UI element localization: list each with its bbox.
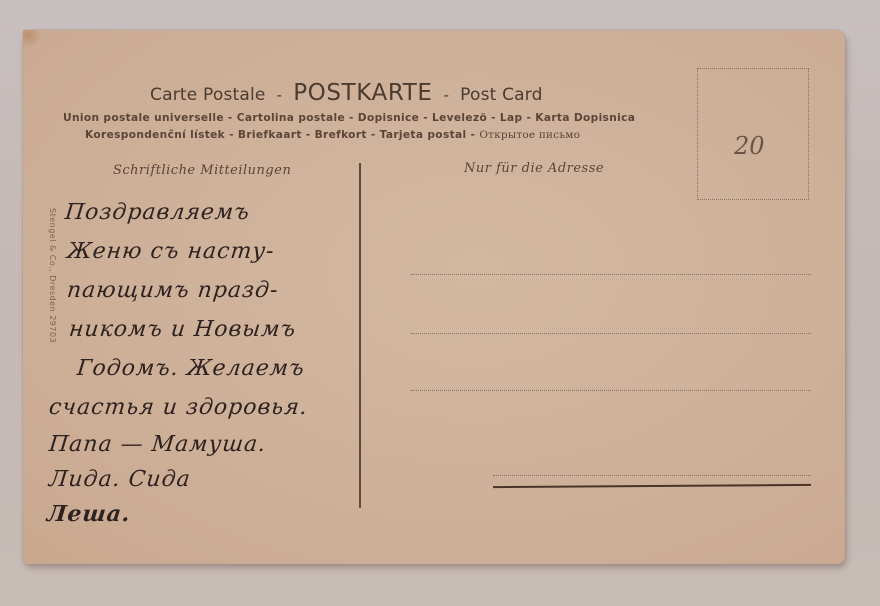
address-line-1 [411,274,811,275]
handwriting-line: счастья и здоровья. [47,388,367,427]
title-separator: - [277,86,282,104]
address-line-3 [411,390,811,391]
languages-line-2-cyrillic: Открытое письмо [479,129,580,141]
stamp-box-pencil-note: 20 [734,132,765,160]
address-underline [493,484,811,488]
title-separator: - [444,86,449,104]
handwriting-line: Папа — Мамуша. [47,427,367,463]
title-german: POSTKARTE [293,80,432,106]
corner-stain [23,30,41,48]
handwriting-line: Лида. Сида [47,463,367,497]
address-section-label: Nur für die Adresse [464,161,604,176]
handwriting-line: никомъ и Новымъ [67,310,367,349]
handwriting-line: пающимъ празд- [65,271,367,310]
handwriting-line: Леша. [45,497,367,531]
languages-line-1: Union postale universelle - Cartolina po… [63,112,635,124]
postcard-title: Carte Postale - POSTKARTE - Post Card [150,80,570,106]
handwriting-line: Поздравляемъ [63,193,367,232]
handwriting-line: Женю съ насту- [65,232,367,271]
stamp-box: 20 [697,68,809,200]
address-line-2 [411,333,811,334]
address-line-4 [493,475,811,476]
languages-line-2: Korespondenční lístek - Briefkaart - Bre… [85,129,580,141]
postcard: Carte Postale - POSTKARTE - Post Card Un… [23,30,845,564]
handwritten-message: Поздравляемъ Женю съ насту- пающимъ праз… [45,193,365,531]
title-english: Post Card [460,85,543,105]
handwriting-line: Годомъ. Желаемъ [75,349,367,388]
title-french: Carte Postale [150,85,266,105]
languages-line-2-latin: Korespondenční lístek - Briefkaart - Bre… [85,129,479,141]
message-section-label: Schriftliche Mitteilungen [113,163,291,178]
